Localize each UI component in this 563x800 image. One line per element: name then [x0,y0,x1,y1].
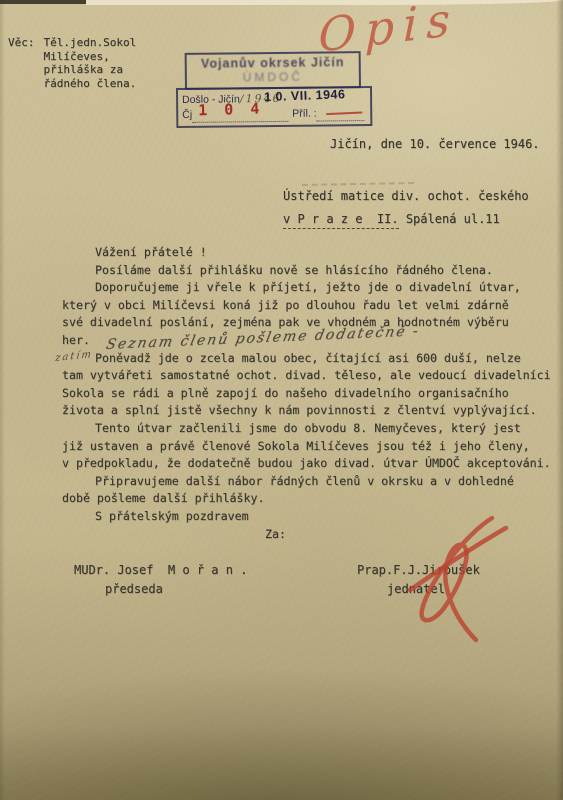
stamp-number-row: Čj1 0 4Příl. : [182,106,366,123]
stamp-cj-label: Čj [182,109,192,121]
body-line: době pošleme další přihlášky. [62,490,554,508]
signature-scribble [388,512,528,652]
subject-line: Milíčeves, [44,50,137,64]
recipient-line2: v P r a z e II. Spálená ul.11 [283,212,529,226]
body-line: života a splní jistě všechny k nám povin… [62,402,554,420]
stamp-date: 1 0. VII. 1946 [264,87,346,104]
subject-label: Věc: [8,36,35,90]
registry-stamp-org-box: Vojanův okrsek Jičín ÚMDOČ [185,51,361,90]
scan-edge-light [86,0,563,5]
signer-name-left: MUDr. Josef M o ř a n . [74,563,247,577]
body-line: Doporučujeme ji vřele k příjetí, ježto j… [62,279,554,297]
subject-lines: Těl.jedn.Sokol Milíčeves, přihláška za ř… [44,36,137,90]
stamp-cj-dotted-line: 1 0 4 [192,109,288,123]
recipient-address: Ústředí matice div. ochot. českého v P r… [283,189,529,226]
signer-title-left: předseda [74,582,247,596]
registry-stamp: Vojanův okrsek Jičín ÚMDOČ Došlo - Jičín… [176,51,373,128]
recipient-city-underlined: v P r a z e II. [283,212,399,229]
dateline: Jičín, dne 10. července 1946. [330,137,540,151]
body-line: Sokola se rádi a plně zapojí do našeho d… [62,385,554,403]
body-line: Tento útvar začlenili jsme do obvodu 8. … [62,420,554,438]
subject-line: řádného člena. [44,77,137,91]
stamp-pril-label: Příl. : [292,108,317,120]
recipient-line1: Ústředí matice div. ochot. českého [283,189,529,203]
body-line: který v obci Milíčevsi koná již po dlouh… [62,297,554,315]
letter-body: Vážení přátelé ! Posíláme další přihlášk… [62,244,554,543]
body-line-with-note: her.Seznam členů pošleme dodatečně - [62,332,554,350]
body-line: Připravujeme další nábor řádných členů v… [62,473,554,491]
stamp-pril-dotted-line [317,108,365,122]
signature-block-left: MUDr. Josef M o ř a n . předseda [74,563,247,596]
stamp-cj-number: 1 0 4 [198,102,264,119]
stamp-org-abbrev: ÚMDOČ [189,69,357,85]
body-line: Vážení přátelé ! [62,244,554,262]
faint-pencil-marks [302,182,414,186]
stamp-pril-red-dash [327,111,363,115]
body-line: v předpokladu, že dodatečně budou jako d… [62,455,554,473]
scan-edge-shadow-right [556,0,563,800]
subject-line: Těl.jedn.Sokol [44,36,137,50]
scanned-letter: Opis Věc: Těl.jedn.Sokol Milíčeves, přih… [0,0,563,800]
body-line: tam vytvářeti samostatné ochot. divad. t… [62,367,554,385]
recipient-street: Spálená ul.11 [399,212,500,226]
subject-block: Věc: Těl.jedn.Sokol Milíčeves, přihláška… [8,36,136,90]
scan-edge-shadow-left [0,0,5,800]
subject-line: přihláška za [44,63,137,77]
body-line: her. [62,333,90,347]
scan-edge-dark [0,0,90,4]
body-line: již ustaven a právě členové Sokola Milíč… [62,438,554,456]
registry-stamp-received-box: Došlo - Jičín/1946 1 0. VII. 1946 Čj1 0 … [176,86,372,128]
body-line: Posíláme další přihlášku nově se hlásící… [62,262,554,280]
